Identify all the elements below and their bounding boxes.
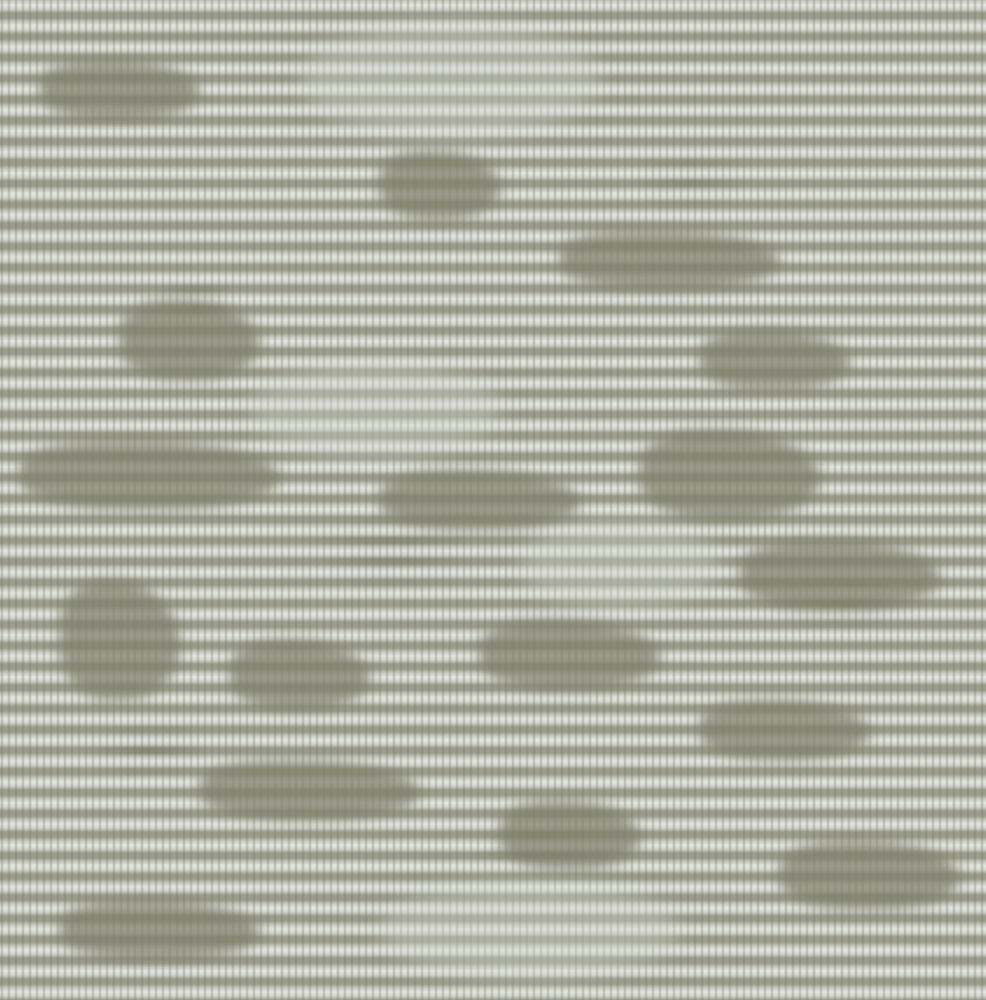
- highlight: [250, 360, 500, 460]
- carpet-texture-photo: [0, 0, 986, 1000]
- highlight: [380, 880, 680, 980]
- highlight: [520, 520, 720, 610]
- highlight: [300, 20, 600, 140]
